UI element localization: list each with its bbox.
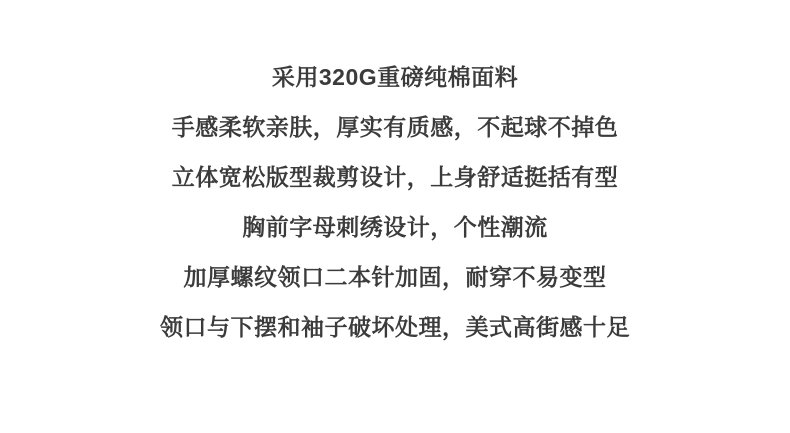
product-description-title: 采用320G重磅纯棉面料 [0,52,790,102]
feature-line: 手感柔软亲肤，厚实有质感，不起球不掉色 [0,102,790,152]
product-description-block: 采用320G重磅纯棉面料 手感柔软亲肤，厚实有质感，不起球不掉色 立体宽松版型裁… [0,0,790,352]
feature-line: 领口与下摆和袖子破坏处理，美式高街感十足 [0,302,790,352]
feature-line: 立体宽松版型裁剪设计，上身舒适挺括有型 [0,152,790,202]
feature-line: 加厚螺纹领口二本针加固，耐穿不易变型 [0,252,790,302]
feature-line: 胸前字母刺绣设计，个性潮流 [0,202,790,252]
